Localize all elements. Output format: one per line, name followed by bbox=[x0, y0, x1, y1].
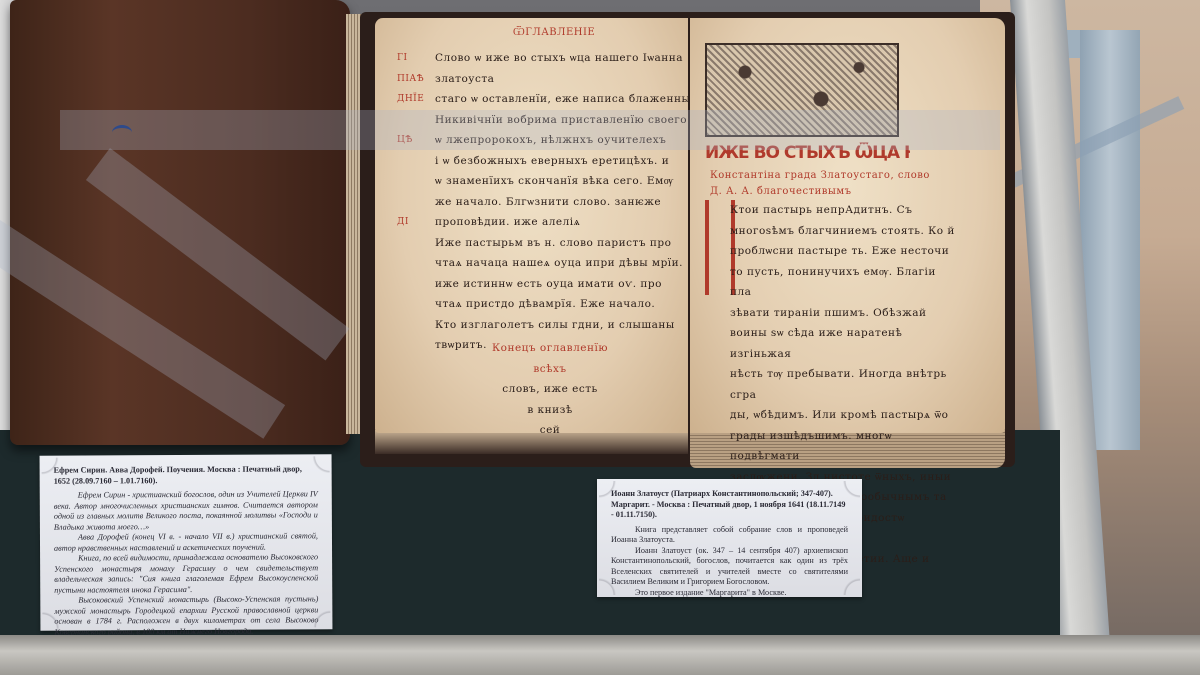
label-paragraph: Книга представляет собой собрание слов и… bbox=[611, 525, 848, 546]
ending-line: Конецъ оглавленїю всѣхъ bbox=[475, 338, 625, 379]
text-line: Слово ѡ иже во стыхъ ѡца нашего Іѡанна з… bbox=[435, 48, 705, 89]
case-glass-bottom-edge bbox=[0, 635, 1200, 675]
label-corner-ornament-icon bbox=[306, 603, 330, 627]
ending-line: словъ, иже есть bbox=[475, 379, 625, 400]
text-line: Иже пастырьм въ н. слово паристъ про bbox=[435, 233, 705, 254]
label-corner-ornament-icon bbox=[599, 571, 623, 595]
subtitle-line: Д. А. А. благочестивымъ bbox=[710, 184, 960, 200]
label-paragraph: Книга, по всей видимости, принадлежала о… bbox=[54, 552, 318, 595]
table-of-contents-header: ѾГЛАВЛЕНІЕ bbox=[513, 23, 595, 44]
exhibit-label-efrem-sirin: Ефрем Сирин. Авва Дорофей. Поучения. Мос… bbox=[40, 454, 333, 631]
label-paragraph: Высоковский Успенский монастырь (Высоко-… bbox=[54, 594, 318, 637]
open-book-margarit: ѾГЛАВЛЕНІЕ ГІ ПІАѢ ДНЇЕ ЦѢ ДІ Слово ѡ иж… bbox=[360, 12, 1015, 472]
red-subtitle: Константіна града Златоустаго, слово Д. … bbox=[710, 168, 960, 200]
label-corner-ornament-icon bbox=[599, 481, 623, 505]
label-corner-ornament-icon bbox=[42, 605, 66, 629]
label-paragraph: Авва Дорофей (конец VI в. - начало VII в… bbox=[54, 531, 318, 553]
text-line: Ктои пастырь непрАдитнъ. Съ bbox=[730, 200, 960, 221]
reflected-logo-icon bbox=[112, 125, 132, 140]
left-page-text: Слово ѡ иже во стыхъ ѡца нашего Іѡанна з… bbox=[435, 48, 705, 356]
ending-line: в книзѣ bbox=[475, 400, 625, 421]
text-line: ды, ѡбѣдимъ. Или кромѣ пастырѧ ѿо bbox=[730, 405, 960, 426]
text-line: воины ѕѡ сѣда иже наратенѣ изгіньжая bbox=[730, 323, 960, 364]
label-corner-ornament-icon bbox=[836, 481, 860, 505]
label-corner-ornament-icon bbox=[42, 458, 66, 482]
margin-note: ДНЇЕ bbox=[397, 89, 427, 110]
left-page: ѾГЛАВЛЕНІЕ ГІ ПІАѢ ДНЇЕ ЦѢ ДІ Слово ѡ иж… bbox=[375, 18, 688, 433]
text-line: проблѡсни пастыре ть. Еже несточи bbox=[730, 241, 960, 262]
margin-note: ДІ bbox=[397, 212, 427, 233]
right-page: ИЖЕ ВО СТЫХЪ ѾЦА НАШЕГО ІѠАННА ЗЛАТОУСТА… bbox=[690, 18, 1005, 433]
text-line: грады изшѣдъшимъ. многѡ подвѣгмати bbox=[730, 426, 960, 467]
label-title: Иоанн Златоуст (Патриарх Константинополь… bbox=[611, 489, 848, 521]
museum-display-case: ѾГЛАВЛЕНІЕ ГІ ПІАѢ ДНЇЕ ЦѢ ДІ Слово ѡ иж… bbox=[0, 0, 1200, 675]
label-paragraph: Ефрем Сирин - христианский богослов, оди… bbox=[54, 489, 318, 532]
label-paragraph: Иоанн Златоуст (ок. 347 – 14 сентября 40… bbox=[611, 546, 848, 588]
text-line: нѣсть тѹ пребывати. Иногда внѣтрь сгра bbox=[730, 364, 960, 405]
text-line: Кто изглаголетъ силы гдни, и слышаны bbox=[435, 315, 705, 336]
text-line: же начало. Блгѡзнити слово. занѥже bbox=[435, 192, 705, 213]
text-line: ѡ знаменїихъ скончанїя вѣка сего. Емѹ bbox=[435, 171, 705, 192]
exhibit-label-ioann-zlatoust: Иоанн Златоуст (Патриарх Константинополь… bbox=[597, 479, 862, 597]
glass-reflection bbox=[60, 110, 1000, 150]
text-line: чтаѧ пристдо дѣвамрїя. Еже начало. bbox=[435, 294, 705, 315]
text-line: і ѡ безбожныхъ еверныхъ еретицѣхъ. и bbox=[435, 151, 705, 172]
text-line: чтаѧ начаца нашеѧ оуца ипри дѣвы мрїи. bbox=[435, 253, 705, 274]
ending-line: сей bbox=[475, 420, 625, 441]
text-line: стаго ѡ оставленїи, еже написа блаженныи bbox=[435, 89, 705, 110]
text-line: многоѕѣмъ благчиниемъ стоять. Ко й bbox=[730, 221, 960, 242]
label-corner-ornament-icon bbox=[306, 456, 330, 480]
table-of-contents-end: Конецъ оглавленїю всѣхъ словъ, иже есть … bbox=[475, 338, 625, 441]
margin-note: ГІ bbox=[397, 48, 427, 69]
text-line: зѣвати тираніи пшимъ. Обѣзжай bbox=[730, 303, 960, 324]
text-line: иже истиннѡ есть оуца имати оѵ. про bbox=[435, 274, 705, 295]
label-paragraph: Это первое издание "Маргарита" в Москве. bbox=[611, 588, 848, 599]
text-line: проповѣдии. иже алеліѧ bbox=[435, 212, 705, 233]
subtitle-line: Константіна града Златоустаго, слово bbox=[710, 168, 960, 184]
text-line: то пусть, понинучихъ емѹ. Благіи пла bbox=[730, 262, 960, 303]
label-title: Ефрем Сирин. Авва Дорофей. Поучения. Мос… bbox=[54, 464, 318, 486]
margin-note: ПІАѢ bbox=[397, 69, 427, 90]
label-corner-ornament-icon bbox=[836, 571, 860, 595]
